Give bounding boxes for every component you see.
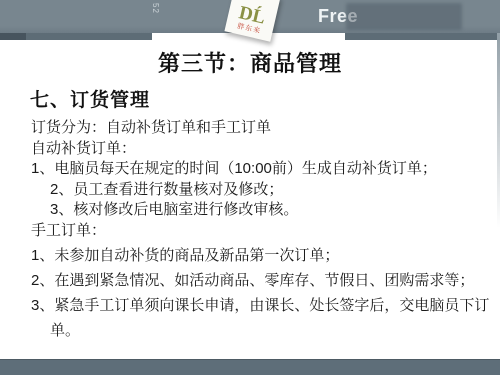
header-corner-notch xyxy=(0,33,26,40)
body-line: 订货分为：自动补货订单和手工订单 xyxy=(31,118,500,139)
section-heading: 七、订货管理 xyxy=(30,89,500,113)
header-vertical-mark: 52 xyxy=(150,3,160,14)
body-line: 2、员工查看进行数量核对及修改； xyxy=(50,180,500,201)
body-line: 3、核对修改后电脑室进行修改审核。 xyxy=(50,200,500,221)
header-bottom-edge-right xyxy=(345,33,500,40)
body-line: 自动补货订单： xyxy=(31,139,500,160)
blurred-text-region xyxy=(346,3,462,30)
footer-bar xyxy=(0,359,500,375)
slide-content: 第三节：商品管理 七、订货管理 订货分为：自动补货订单和手工订单自动补货订单：1… xyxy=(0,40,500,341)
body-text: 订货分为：自动补货订单和手工订单自动补货订单：1、电脑员每天在规定的时间（10:… xyxy=(31,118,500,341)
slide-title: 第三节：商品管理 xyxy=(0,51,500,77)
body-line: 手工订单： xyxy=(31,221,500,242)
body-line: 2、在遇到紧急情况、如活动商品、零库存、节假日、团购需求等； xyxy=(31,271,500,292)
body-line: 1、未参加自动补货的商品及新品第一次订单； xyxy=(31,246,500,267)
body-line: 单。 xyxy=(50,321,500,342)
body-line: 1、电脑员每天在规定的时间（10:00前）生成自动补货订单； xyxy=(31,159,500,180)
body-line: 3、紧急手工订单须向课长申请，由课长、处长签字后，交电脑员下订 xyxy=(31,296,500,317)
slide-photo: 52 DĹ 胖东来 Free 第三节：商品管理 七、订货管理 订货分为：自动补货… xyxy=(0,0,500,375)
pangdonglai-logo: DĹ 胖东来 xyxy=(224,0,280,42)
